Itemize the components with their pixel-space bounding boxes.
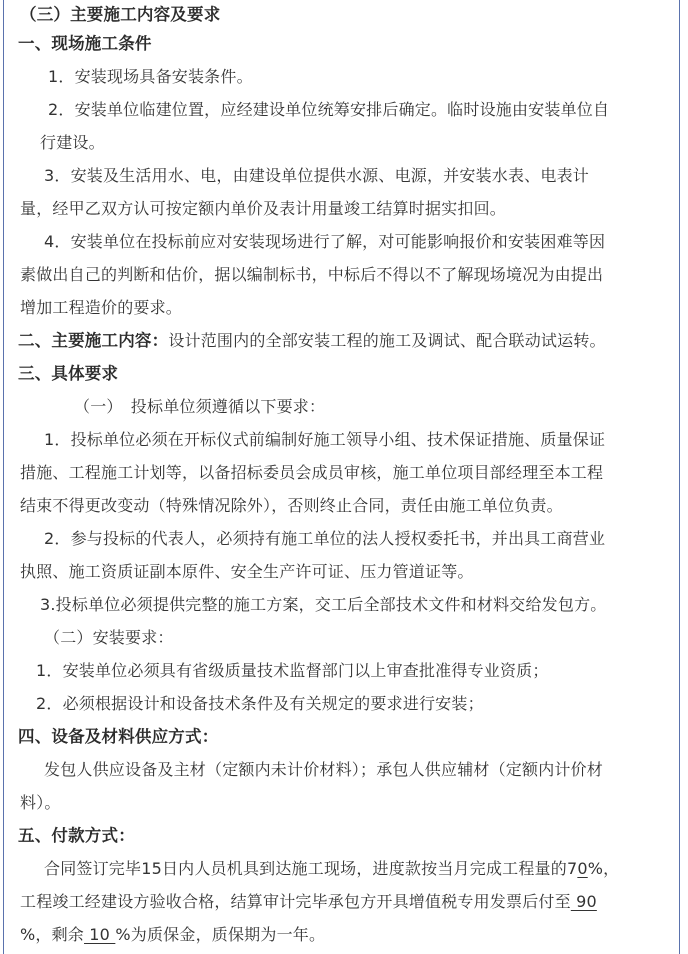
main-content-text: 设计范围内的全部安装工程的施工及调试、配合联动试运转。 (168, 331, 605, 350)
payment-text: 合同签订完毕15日内人员机具到达施工现场，进度款按当月完成工程量的7 (44, 859, 577, 878)
progress-percent-underlined: 0 (577, 859, 587, 878)
paragraph-line: 结束不得更改变动（特殊情况除外），否则终止合同，责任由施工单位负责。 (20, 495, 679, 517)
heading-main-content: 二、主要施工内容： (18, 331, 168, 350)
paragraph-line: 2．参与投标的代表人，必须持有施工单位的法人授权委托书，并出具工商营业 (44, 528, 679, 550)
retention-percent-blank: 10 (84, 925, 115, 944)
document-panel: （三）主要施工内容及要求 一、现场施工条件 1．安装现场具备安装条件。 2．安装… (3, 0, 680, 954)
payment-text: %为质保金，质保期为一年。 (115, 925, 325, 944)
settlement-percent-blank: 90 (571, 892, 597, 911)
subheading-bidder-requirements: （一） 投标单位须遵循以下要求： (74, 396, 679, 418)
payment-text: %，剩余 (20, 925, 84, 944)
heading-specific-requirements: 三、具体要求 (18, 363, 679, 385)
paragraph-line: 2．必须根据设计和设备技术条件及有关规定的要求进行安装； (36, 693, 679, 715)
paragraph-line: 1．安装现场具备安装条件。 (48, 66, 679, 88)
paragraph-line: 增加工程造价的要求。 (20, 297, 679, 319)
paragraph-line: 4．安装单位在投标前应对安装现场进行了解，对可能影响报价和安装困难等因 (44, 231, 679, 253)
payment-text: 工程竣工经建设方验收合格，结算审计完毕承包方开具增值税专用发票后付至 (20, 892, 571, 911)
paragraph-line: 1．安装单位必须具有省级质量技术监督部门以上审查批准得专业资质； (36, 660, 679, 682)
paragraph-line: 3.投标单位必须提供完整的施工方案，交工后全部技术文件和材料交给发包方。 (40, 594, 679, 616)
payment-line-1: 合同签订完毕15日内人员机具到达施工现场，进度款按当月完成工程量的70%， (44, 858, 679, 880)
paragraph-line: 执照、施工资质证副本原件、安全生产许可证、压力管道证等。 (20, 561, 679, 583)
heading-equipment-supply: 四、设备及材料供应方式： (18, 726, 679, 748)
payment-line-3: %，剩余 10 %为质保金，质保期为一年。 (20, 924, 679, 946)
paragraph-line: 料）。 (20, 792, 679, 814)
paragraph-line: 措施、工程施工计划等，以备招标委员会成员审核，施工单位项目部经理至本工程 (20, 462, 679, 484)
payment-text: %， (588, 859, 620, 878)
payment-line-2: 工程竣工经建设方验收合格，结算审计完毕承包方开具增值税专用发票后付至 90 (20, 891, 679, 913)
heading-payment-method: 五、付款方式： (18, 825, 679, 847)
paragraph-line: 1．投标单位必须在开标仪式前编制好施工领导小组、技术保证措施、质量保证 (44, 429, 679, 451)
paragraph-line: 3．安装及生活用水、电，由建设单位提供水源、电源，并安装水表、电表计 (44, 165, 679, 187)
subheading-installation-requirements: （二）安装要求： (44, 627, 679, 649)
section-title: （三）主要施工内容及要求 (20, 4, 679, 26)
main-content-row: 二、主要施工内容：设计范围内的全部安装工程的施工及调试、配合联动试运转。 (18, 330, 679, 352)
paragraph-line: 2．安装单位临建位置，应经建设单位统筹安排后确定。临时设施由安装单位自 (48, 99, 679, 121)
heading-site-conditions: 一、现场施工条件 (18, 33, 679, 55)
paragraph-line: 量，经甲乙双方认可按定额内单价及表计用量竣工结算时据实扣回。 (20, 198, 679, 220)
paragraph-line: 行建设。 (40, 132, 679, 154)
paragraph-line: 素做出自己的判断和估价，据以编制标书，中标后不得以不了解现场境况为由提出 (20, 264, 679, 286)
paragraph-line: 发包人供应设备及主材（定额内未计价材料）；承包人供应辅材（定额内计价材 (44, 759, 679, 781)
